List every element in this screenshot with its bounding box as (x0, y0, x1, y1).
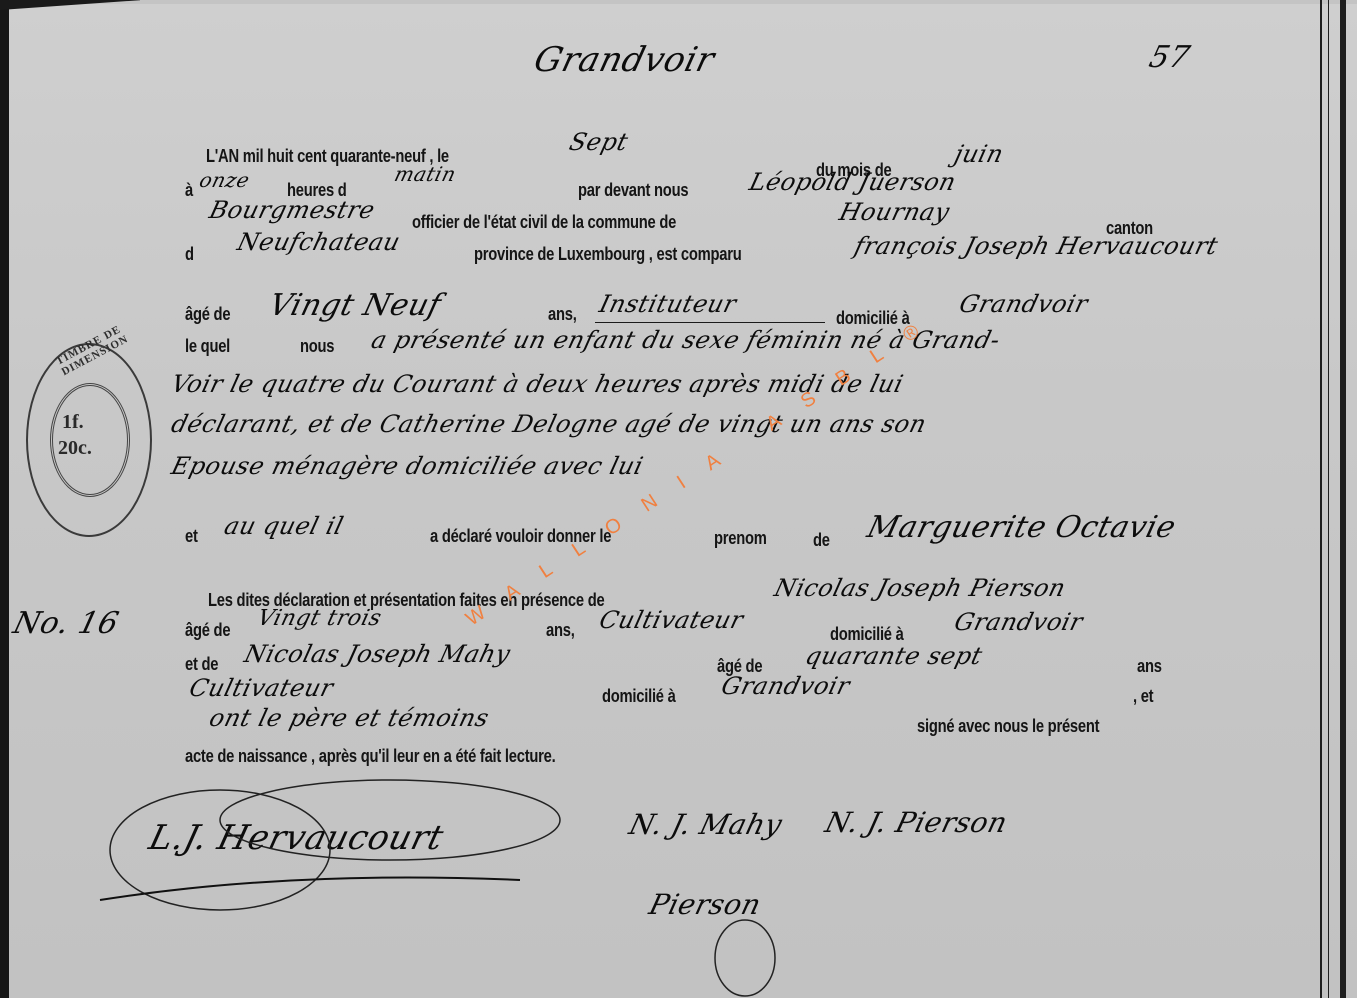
hw-witness1-domicile: Grandvoir (952, 608, 1086, 636)
printed-line-7d: de (813, 530, 830, 551)
hw-witness2-profession: Cultivateur (187, 674, 337, 702)
hw-day: Sept (567, 128, 632, 156)
hw-time-of-day: matin (392, 162, 459, 186)
hw-month: juin (952, 140, 1007, 168)
hw-signers-note: ont le père et témoins (207, 704, 493, 732)
hw-officer-title: Bourgmestre (207, 196, 378, 224)
hw-declarant-age: Vingt Neuf (266, 288, 445, 323)
printed-line-3: officier de l'état civil de la commune d… (412, 212, 676, 233)
hw-presentation-4: Epouse ménagère domiciliée avec lui (169, 452, 647, 480)
hw-declarant-domicile: Grandvoir (957, 290, 1091, 318)
signature-flourish (90, 770, 570, 930)
act-number: No. 16 (10, 606, 123, 641)
printed-line-11a: domicilié à (602, 686, 676, 707)
margin-rule (1320, 0, 1322, 998)
printed-line-10c: ans (1137, 656, 1162, 677)
hw-commune: Hournay (837, 198, 953, 226)
printed-line-5a: âgé de (185, 304, 230, 325)
margin-rule-thick (1340, 0, 1346, 998)
strikethrough (595, 322, 825, 323)
printed-line-13: acte de naissance , après qu'il leur en … (185, 746, 555, 767)
signature-witness1: N. J. Pierson (822, 806, 1011, 839)
printed-line-12: signé avec nous le présent (917, 716, 1099, 737)
hw-witness1-profession: Cultivateur (597, 606, 747, 634)
hw-witness2-domicile: Grandvoir (719, 672, 853, 700)
printed-line-10a: et de (185, 654, 218, 675)
printed-line-4b: province de Luxembourg , est comparu (474, 244, 742, 265)
printed-line-2c: par devant nous (578, 180, 688, 201)
hw-witness2-name: Nicolas Joseph Mahy (242, 640, 514, 668)
hw-canton: Neufchateau (235, 228, 404, 256)
hw-officer-name: Léopold Juerson (747, 168, 960, 196)
printed-line-7c: prenom (714, 528, 767, 549)
printed-line-11b: , et (1133, 686, 1153, 707)
signature-witness2: N. J. Mahy (626, 808, 786, 841)
printed-line-6b: nous (300, 336, 334, 357)
hw-presentation-3: déclarant, et de Catherine Delogne agé d… (169, 410, 930, 438)
printed-line-6a: le quel (185, 336, 230, 357)
hw-declarant-profession: Instituteur (597, 290, 740, 318)
printed-line-5b: ans, (548, 304, 577, 325)
printed-line-9b: ans, (546, 620, 575, 641)
stamp-value-centimes: 20c. (58, 437, 92, 460)
printed-line-2a: à (185, 180, 193, 201)
hw-declarant: françois Joseph Hervaucourt (852, 232, 1222, 260)
hw-declared-pronoun: au quel il (222, 512, 347, 540)
printed-line-9a: âgé de (185, 620, 230, 641)
printed-line-4a: d (185, 244, 194, 265)
header-place: Grandvoir (530, 40, 719, 80)
hw-witness1-age: Vingt trois (255, 606, 384, 631)
margin-rule (1328, 0, 1329, 998)
hw-witness2-age: quarante sept (803, 642, 986, 670)
hw-child-given-name: Marguerite Octavie (864, 510, 1180, 545)
hw-hour: onze (197, 168, 252, 192)
page-left-edge (0, 0, 9, 998)
hw-witness1-name: Nicolas Joseph Pierson (772, 574, 1069, 602)
printed-line-7a: et (185, 526, 198, 547)
stamp-value-francs: 1f. (62, 411, 84, 434)
fiscal-stamp: TIMBRE DE DIMENSION 1f. 20c. (26, 343, 152, 537)
signature-loop (700, 910, 790, 998)
